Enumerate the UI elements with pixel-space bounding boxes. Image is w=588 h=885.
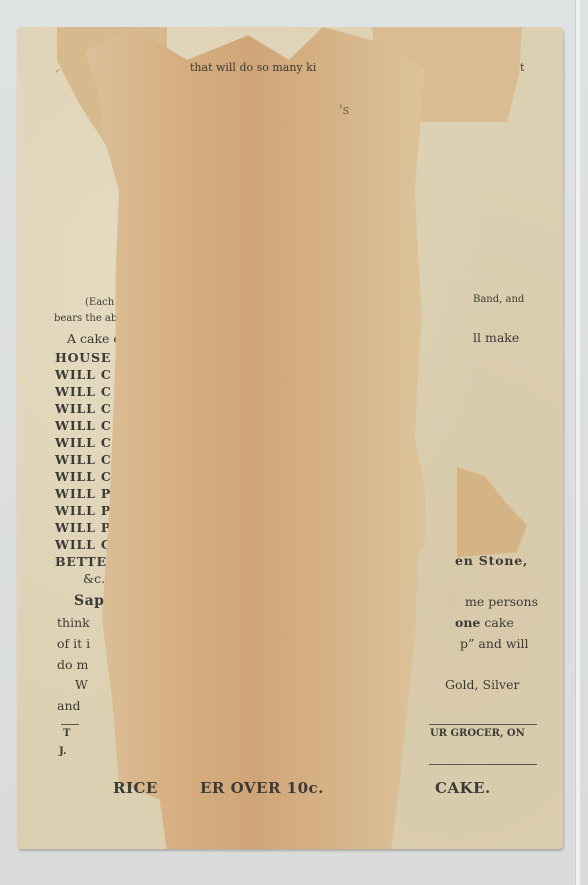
list-item: WILL C bbox=[55, 367, 112, 382]
para2-line1: W bbox=[75, 677, 88, 692]
para1-line2: think bbox=[57, 615, 90, 630]
price-line-3: CAKE. bbox=[435, 779, 491, 797]
divider bbox=[61, 724, 79, 725]
price-line-1: RICE bbox=[113, 779, 158, 797]
list-item: HOUSE bbox=[55, 350, 111, 365]
list-item: WILL P bbox=[55, 486, 111, 501]
list-item: WILL C bbox=[55, 469, 112, 484]
top-line-right: t bbox=[520, 61, 524, 74]
para1-line3: of it i bbox=[57, 636, 90, 651]
para2-right: Gold, Silver bbox=[445, 677, 519, 692]
para1-line4: do m bbox=[57, 657, 88, 672]
para1-right-3: p” and will bbox=[460, 636, 529, 651]
list-item: WILL C bbox=[55, 435, 112, 450]
divider bbox=[429, 724, 537, 725]
intro-right: ll make bbox=[473, 330, 519, 345]
note-right-1: Band, and bbox=[473, 294, 524, 305]
para1-right-1: me persons bbox=[465, 594, 538, 609]
footer2-left: J. bbox=[59, 746, 66, 757]
price-line-2: ER OVER 10c. bbox=[200, 779, 324, 797]
emphasis: one bbox=[455, 615, 480, 630]
footer1-right: UR GROCER, ON bbox=[430, 728, 525, 739]
trade-card: ⸍ that will do so many ki t 's (Each cak… bbox=[17, 27, 563, 849]
top-line-overlay: that will do so many ki bbox=[190, 61, 316, 74]
etc: &c. bbox=[83, 571, 105, 586]
list-item: WILL C bbox=[55, 384, 112, 399]
divider bbox=[429, 764, 537, 765]
list-item: WILL C bbox=[55, 452, 112, 467]
para2-line2: and bbox=[57, 698, 81, 713]
list-item: WILL P bbox=[55, 503, 111, 518]
footer1-left: T bbox=[63, 728, 70, 739]
sleeve-edge bbox=[575, 0, 580, 885]
para1-right-2: one cake bbox=[455, 615, 514, 630]
list-item: WILL C bbox=[55, 418, 112, 433]
heading-fragment-overlay: 's bbox=[339, 103, 349, 118]
torn-area bbox=[85, 27, 425, 849]
list-item: WILL C bbox=[55, 401, 112, 416]
dot-mark: ⸍ bbox=[55, 65, 60, 79]
